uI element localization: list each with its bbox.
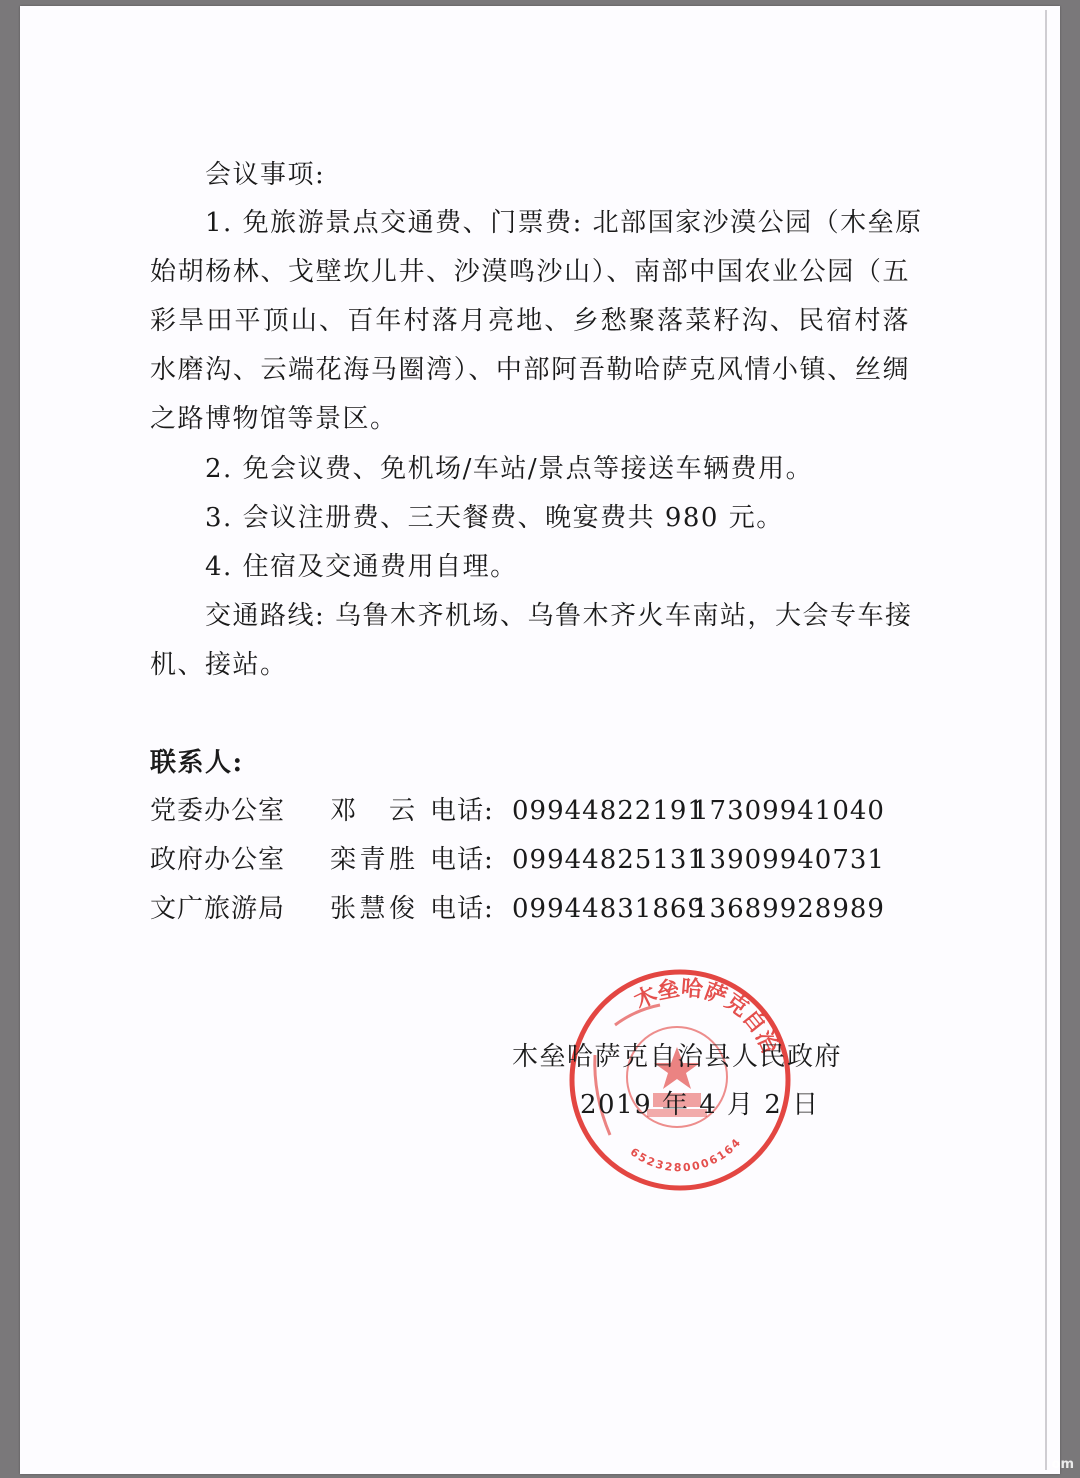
contact-phone-label: 电话: <box>430 894 494 924</box>
item1-line: 彩旱田平顶山、百年村落月亮地、乡愁聚落菜籽沟、民宿村落 <box>150 306 910 336</box>
watermark: om <box>1052 1457 1074 1472</box>
contacts-heading: 联系人: <box>150 748 910 778</box>
contact-name: 邓 云 <box>330 796 415 826</box>
contact-phone-label: 电话: <box>430 796 494 826</box>
item2: 2. 免会议费、免机场/车站/景点等接送车辆费用。 <box>205 454 910 484</box>
contact-name: 栾青胜 <box>330 845 415 875</box>
contact-name: 张慧俊 <box>330 894 415 924</box>
document-body: 会议事项: 1. 免旅游景点交通费、门票费: 北部国家沙漠公园（木垒原 始胡杨林… <box>0 0 1080 1478</box>
contact-phone-label: 电话: <box>430 845 494 875</box>
item1-line: 始胡杨林、戈壁坎儿井、沙漠鸣沙山）、南部中国农业公园（五 <box>150 257 910 287</box>
contact-office: 党委办公室 <box>150 796 290 826</box>
contact-mobile: 13689928989 <box>692 894 885 924</box>
contact-landline: 09944831869 <box>512 894 705 924</box>
section-heading: 会议事项: <box>205 160 910 190</box>
contact-mobile: 17309941040 <box>692 796 885 826</box>
transport-line: 机、接站。 <box>150 650 910 680</box>
contact-landline: 09944822191 <box>512 796 705 826</box>
item1-line: 1. 免旅游景点交通费、门票费: 北部国家沙漠公园（木垒原 <box>205 208 910 238</box>
item3: 3. 会议注册费、三天餐费、晚宴费共 980 元。 <box>205 503 910 533</box>
svg-text:6523280006164: 6523280006164 <box>628 1135 745 1174</box>
contact-mobile: 13909940731 <box>692 845 885 875</box>
item4: 4. 住宿及交通费用自理。 <box>205 552 910 582</box>
item1-line: 之路博物馆等景区。 <box>150 404 910 434</box>
contact-office: 文广旅游局 <box>150 894 290 924</box>
signing-date: 2019 年 4 月 2 日 <box>580 1090 820 1120</box>
transport-line: 交通路线: 乌鲁木齐机场、乌鲁木齐火车南站，大会专车接 <box>205 601 910 631</box>
contact-office: 政府办公室 <box>150 845 290 875</box>
contact-landline: 09944825131 <box>512 845 705 875</box>
item1-line: 水磨沟、云端花海马圈湾）、中部阿吾勒哈萨克风情小镇、丝绸 <box>150 355 910 385</box>
official-seal-icon: 木垒哈萨克自治县人民政府 6523280006164 <box>565 965 795 1195</box>
signing-organization: 木垒哈萨克自治县人民政府 <box>512 1042 842 1072</box>
